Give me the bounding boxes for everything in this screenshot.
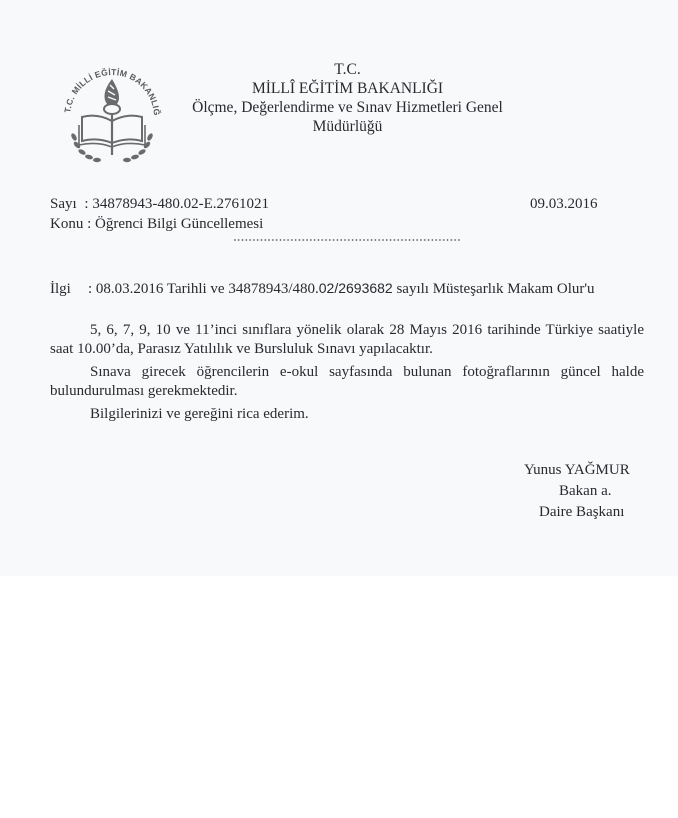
paragraph-3: Bilgilerinizi ve gereğini rica ederim. [50,405,644,424]
ilgi-label: İlgi [50,280,88,299]
ilgi-text-a: : 08.03.2016 Tarihli ve 34878943/480. [88,281,319,297]
letterhead-department: Ölçme, Değerlendirme ve Sınav Hizmetleri… [150,98,545,117]
letterhead-ministry: MİLLÎ EĞİTİM BAKANLIĞI [150,79,545,98]
document-date: 09.03.2016 [530,195,598,214]
reference-number: Sayı : 34878943-480.02-E.2761021 [50,195,269,214]
konu-label: Konu [50,216,83,232]
konu-value: : Öğrenci Bilgi Güncellemesi [87,216,263,232]
signatory-title-2: Daire Başkanı [539,502,624,522]
related-reference: İlgi: 08.03.2016 Tarihli ve 34878943/480… [50,279,595,299]
svg-text:T.C. MİLLİ EĞİTİM BAKANLIĞI: T.C. MİLLİ EĞİTİM BAKANLIĞI [52,55,163,116]
signatory-name: Yunus YAĞMUR [524,460,630,480]
subject: Konu : Öğrenci Bilgi Güncellemesi [50,215,263,234]
letterhead: T.C. MİLLÎ EĞİTİM BAKANLIĞI Ölçme, Değer… [150,60,545,136]
ilgi-text-b: 02/2693682 [319,280,393,296]
sayi-value: : 34878943-480.02-E.2761021 [84,196,269,212]
signatory-title-1: Bakan a. [559,481,611,501]
letter-body: 5, 6, 7, 9, 10 ve 11’inci sınıflara yöne… [50,321,644,428]
sayi-label: Sayı [50,196,77,212]
dotted-divider [233,239,461,241]
paragraph-2: Sınava girecek öğrencilerin e-okul sayfa… [50,363,644,401]
letterhead-directorate: Müdürlüğü [150,117,545,136]
letterhead-tc: T.C. [150,60,545,79]
ilgi-text-c: sayılı Müsteşarlık Makam Olur'u [393,281,595,297]
paragraph-1: 5, 6, 7, 9, 10 ve 11’inci sınıflara yöne… [50,321,644,359]
